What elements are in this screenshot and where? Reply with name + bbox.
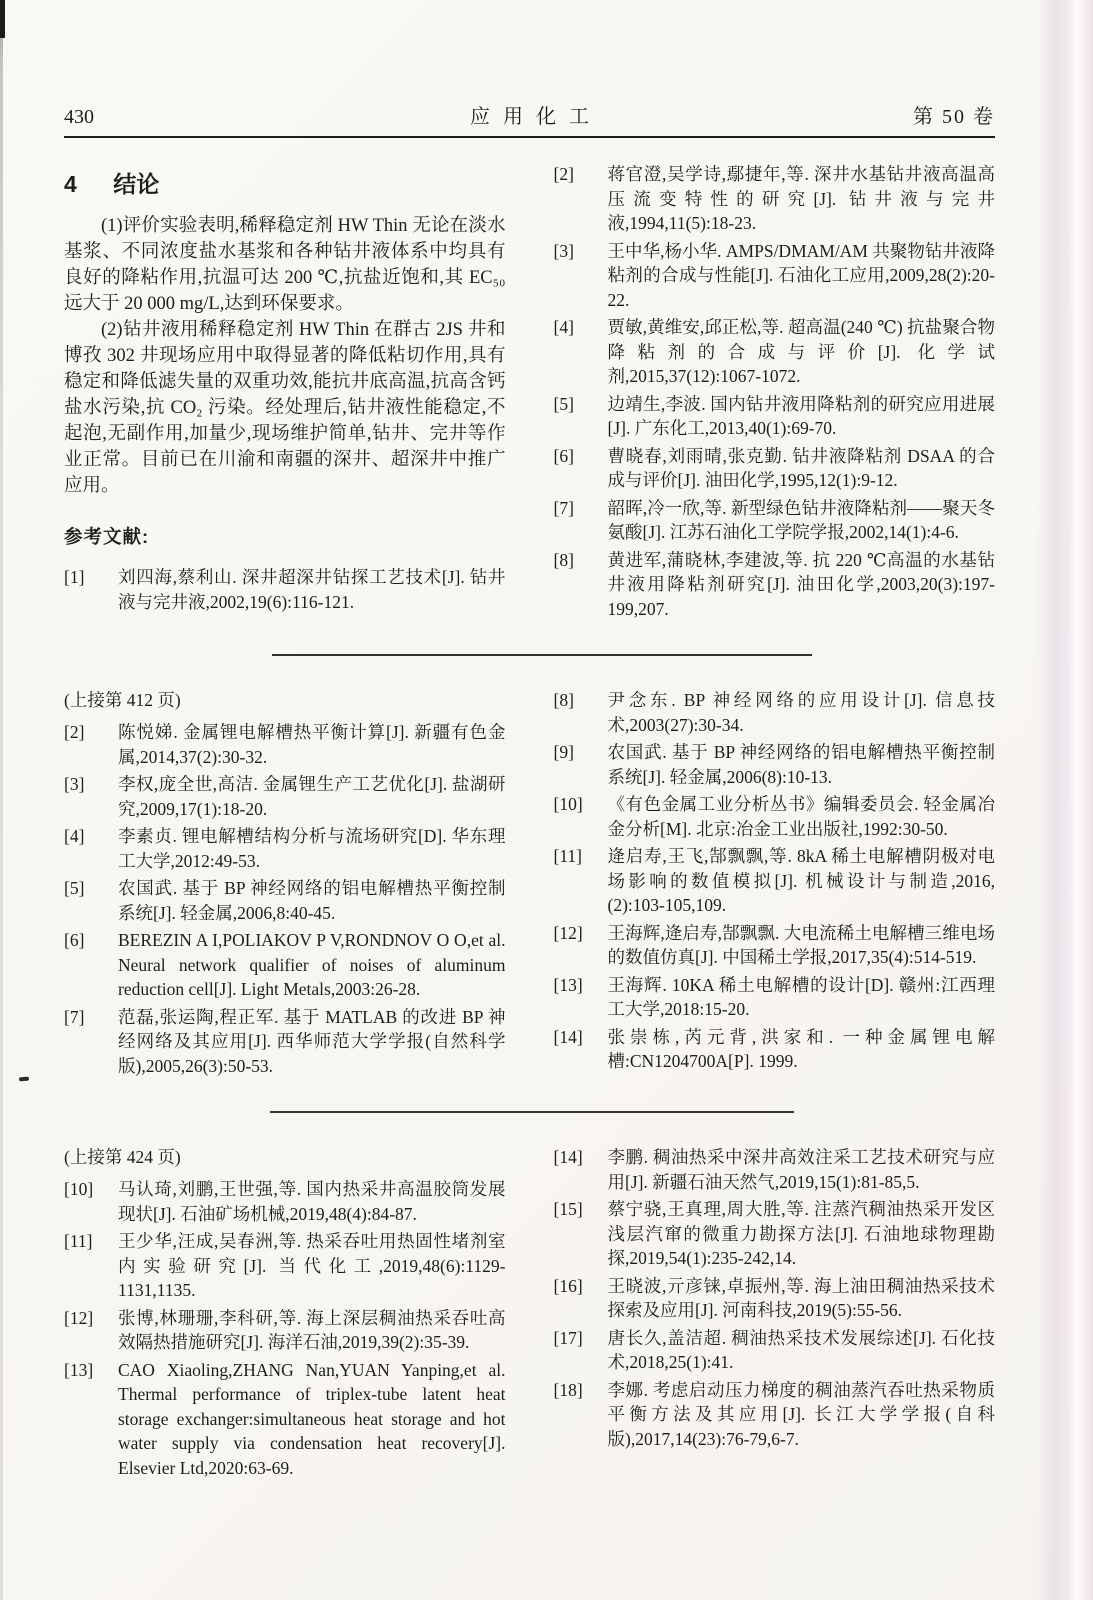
reference-text: 曹晓春,刘雨晴,张克勤. 钻井液降粘剂 DSAA 的合成与评价[J]. 油田化学… bbox=[608, 444, 996, 493]
reference-number: [12] bbox=[554, 921, 608, 970]
reference-item: [8] 尹念东. BP 神经网络的应用设计[J]. 信息技术,2003(27):… bbox=[554, 688, 996, 737]
continuation-note: (上接第 412 页) bbox=[64, 688, 506, 712]
reference-item: [8] 黄进军,蒲晓林,李建波,等. 抗 220 ℃高温的水基钻井液用降粘剂研究… bbox=[554, 548, 996, 622]
reference-item: [11] 逄启寿,王飞,郜飘飘,等. 8kA 稀土电解槽阴极对电场影响的数值模拟… bbox=[554, 844, 996, 918]
reference-text: 逄启寿,王飞,郜飘飘,等. 8kA 稀土电解槽阴极对电场影响的数值模拟[J]. … bbox=[608, 844, 996, 918]
reference-number: [16] bbox=[554, 1274, 608, 1323]
reference-number: [1] bbox=[64, 565, 118, 614]
reference-number: [17] bbox=[554, 1326, 608, 1375]
reference-text: 刘四海,蔡利山. 深井超深井钻探工艺技术[J]. 钻井液与完井液,2002,19… bbox=[118, 565, 506, 614]
reference-number: [2] bbox=[64, 720, 118, 769]
journal-page: 430 应用化工 第 50 卷 4 结论 (1)评价实验表明,稀释稳定剂 HW … bbox=[0, 0, 1093, 1600]
reference-number: [3] bbox=[64, 772, 118, 821]
reference-number: [18] bbox=[554, 1378, 608, 1452]
reference-item: [4] 李素贞. 锂电解槽结构分析与流场研究[D]. 华东理工大学,2012:4… bbox=[64, 824, 506, 873]
conclusion-paragraph: (1)评价实验表明,稀释稳定剂 HW Thin 无论在淡水基浆、不同浓度盐水基浆… bbox=[64, 213, 506, 317]
scan-speck bbox=[19, 1077, 29, 1082]
reference-item: [12] 王海辉,逄启寿,郜飘飘. 大电流稀土电解槽三维电场的数值仿真[J]. … bbox=[554, 921, 996, 970]
reference-number: [4] bbox=[64, 824, 118, 873]
reference-number: [7] bbox=[554, 496, 608, 545]
reference-list-424-right: [14] 李鹏. 稠油热采中深井高效注采工艺技术研究与应用[J]. 新疆石油天然… bbox=[554, 1145, 996, 1451]
reference-item: [18] 李娜. 考虑启动压力梯度的稠油蒸汽吞吐热采物质平衡方法及其应用[J].… bbox=[554, 1378, 996, 1452]
reference-text: 黄进军,蒲晓林,李建波,等. 抗 220 ℃高温的水基钻井液用降粘剂研究[J].… bbox=[608, 548, 996, 622]
scan-corner-mark bbox=[0, 0, 5, 38]
reference-text: 王中华,杨小华. AMPS/DMAM/AM 共聚物钻井液降粘剂的合成与性能[J]… bbox=[608, 239, 996, 313]
reference-item: [5] 农国武. 基于 BP 神经网络的铝电解槽热平衡控制系统[J]. 轻金属,… bbox=[64, 876, 506, 925]
reference-number: [9] bbox=[554, 740, 608, 789]
reference-number: [14] bbox=[554, 1145, 608, 1194]
reference-text: 尹念东. BP 神经网络的应用设计[J]. 信息技术,2003(27):30-3… bbox=[608, 688, 996, 737]
section-conclusion-and-references: 4 结论 (1)评价实验表明,稀释稳定剂 HW Thin 无论在淡水基浆、不同浓… bbox=[64, 162, 995, 624]
section-continued-424: (上接第 424 页) [10] 马认琦,刘鹏,王世强,等. 国内热采井高温胶筒… bbox=[64, 1145, 995, 1483]
reference-number: [6] bbox=[554, 444, 608, 493]
section-divider bbox=[270, 1111, 794, 1113]
reference-item: [3] 王中华,杨小华. AMPS/DMAM/AM 共聚物钻井液降粘剂的合成与性… bbox=[554, 239, 996, 313]
right-column: [14] 李鹏. 稠油热采中深井高效注采工艺技术研究与应用[J]. 新疆石油天然… bbox=[554, 1145, 996, 1454]
reference-item: [15] 蔡宁骁,王真理,周大胜,等. 注蒸汽稠油热采开发区浅层汽窜的微重力勘探… bbox=[554, 1197, 996, 1271]
reference-text: 王海辉,逄启寿,郜飘飘. 大电流稀土电解槽三维电场的数值仿真[J]. 中国稀土学… bbox=[608, 921, 996, 970]
reference-text: 李娜. 考虑启动压力梯度的稠油蒸汽吞吐热采物质平衡方法及其应用[J]. 长江大学… bbox=[608, 1378, 996, 1452]
conclusion-heading: 4 结论 bbox=[64, 166, 506, 199]
continuation-note: (上接第 424 页) bbox=[64, 1145, 506, 1169]
reference-number: [5] bbox=[554, 392, 608, 441]
journal-title: 应用化工 bbox=[154, 100, 905, 129]
reference-number: [11] bbox=[554, 844, 608, 918]
reference-text: 张崇栋,芮元背,洪家和. 一种金属锂电解槽:CN1204700A[P]. 199… bbox=[608, 1025, 996, 1074]
reference-number: [8] bbox=[554, 548, 608, 622]
reference-number: [14] bbox=[554, 1025, 608, 1074]
reference-number: [11] bbox=[64, 1229, 118, 1303]
reference-number: [15] bbox=[554, 1197, 608, 1271]
reference-text: 李鹏. 稠油热采中深井高效注采工艺技术研究与应用[J]. 新疆石油天然气,201… bbox=[608, 1145, 996, 1194]
conclusion-paragraphs: (1)评价实验表明,稀释稳定剂 HW Thin 无论在淡水基浆、不同浓度盐水基浆… bbox=[64, 213, 506, 499]
section-divider bbox=[272, 654, 812, 656]
reference-item: [3] 李权,庞全世,高洁. 金属锂生产工艺优化[J]. 盐湖研究,2009,1… bbox=[64, 772, 506, 821]
reference-number: [6] bbox=[64, 928, 118, 1002]
scan-edge-right bbox=[1037, 0, 1093, 1600]
reference-number: [8] bbox=[554, 688, 608, 737]
reference-number: [12] bbox=[64, 1306, 118, 1355]
right-column: [8] 尹念东. BP 神经网络的应用设计[J]. 信息技术,2003(27):… bbox=[554, 688, 996, 1077]
reference-item: [16] 王晓波,亓彦铼,卓振州,等. 海上油田稠油热采技术探索及应用[J]. … bbox=[554, 1274, 996, 1323]
volume-label: 第 50 卷 bbox=[905, 100, 995, 129]
reference-item: [4] 贾敏,黄维安,邱正松,等. 超高温(240 ℃) 抗盐聚合物降粘剂的合成… bbox=[554, 315, 996, 389]
reference-item: [10] 《有色金属工业分析丛书》编辑委员会. 轻金属冶金分析[M]. 北京:冶… bbox=[554, 792, 996, 841]
reference-text: 王海辉. 10KA 稀土电解槽的设计[D]. 赣州:江西理工大学,2018:15… bbox=[608, 973, 996, 1022]
reference-item: [13] 王海辉. 10KA 稀土电解槽的设计[D]. 赣州:江西理工大学,20… bbox=[554, 973, 996, 1022]
scan-edge-left bbox=[0, 0, 3, 1600]
reference-text: BEREZIN A I,POLIAKOV P V,RONDNOV O O,et … bbox=[118, 928, 506, 1002]
reference-text: 张博,林珊珊,李科研,等. 海上深层稠油热采吞吐高效隔热措施研究[J]. 海洋石… bbox=[118, 1306, 506, 1355]
reference-text: 李权,庞全世,高洁. 金属锂生产工艺优化[J]. 盐湖研究,2009,17(1)… bbox=[118, 772, 506, 821]
reference-item: [1] 刘四海,蔡利山. 深井超深井钻探工艺技术[J]. 钻井液与完井液,200… bbox=[64, 565, 506, 614]
reference-item: [11] 王少华,汪成,吴春洲,等. 热采吞吐用热固性堵剂室内实验研究[J]. … bbox=[64, 1229, 506, 1303]
reference-number: [3] bbox=[554, 239, 608, 313]
reference-number: [13] bbox=[554, 973, 608, 1022]
reference-number: [10] bbox=[64, 1177, 118, 1226]
reference-item: [7] 韶晖,冷一欣,等. 新型绿色钻井液降粘剂——聚天冬氨酸[J]. 江苏石油… bbox=[554, 496, 996, 545]
references-heading: 参考文献: bbox=[64, 523, 506, 549]
reference-list-main-right: [2] 蒋官澄,吴学诗,鄢捷年,等. 深井水基钻井液高温高压流变特性的研究[J]… bbox=[554, 162, 996, 621]
reference-text: 《有色金属工业分析丛书》编辑委员会. 轻金属冶金分析[M]. 北京:冶金工业出版… bbox=[608, 792, 996, 841]
reference-item: [10] 马认琦,刘鹏,王世强,等. 国内热采井高温胶筒发展现状[J]. 石油矿… bbox=[64, 1177, 506, 1226]
reference-item: [12] 张博,林珊珊,李科研,等. 海上深层稠油热采吞吐高效隔热措施研究[J]… bbox=[64, 1306, 506, 1355]
reference-item: [13] CAO Xiaoling,ZHANG Nan,YUAN Yanping… bbox=[64, 1358, 506, 1481]
page-header: 430 应用化工 第 50 卷 bbox=[64, 100, 995, 138]
reference-text: 农国武. 基于 BP 神经网络的铝电解槽热平衡控制系统[J]. 轻金属,2006… bbox=[118, 876, 506, 925]
reference-number: [5] bbox=[64, 876, 118, 925]
reference-text: 蔡宁骁,王真理,周大胜,等. 注蒸汽稠油热采开发区浅层汽窜的微重力勘探方法[J]… bbox=[608, 1197, 996, 1271]
conclusion-paragraph: (2)钻井液用稀释稳定剂 HW Thin 在群古 2JS 井和博孜 302 井现… bbox=[64, 317, 506, 499]
reference-item: [17] 唐长久,盖洁超. 稠油热采技术发展综述[J]. 石化技术,2018,2… bbox=[554, 1326, 996, 1375]
reference-text: 王少华,汪成,吴春洲,等. 热采吞吐用热固性堵剂室内实验研究[J]. 当代化工,… bbox=[118, 1229, 506, 1303]
reference-text: 范磊,张运陶,程正军. 基于 MATLAB 的改进 BP 神经网络及其应用[J]… bbox=[118, 1005, 506, 1079]
reference-item: [7] 范磊,张运陶,程正军. 基于 MATLAB 的改进 BP 神经网络及其应… bbox=[64, 1005, 506, 1079]
left-column: (上接第 424 页) [10] 马认琦,刘鹏,王世强,等. 国内热采井高温胶筒… bbox=[64, 1145, 506, 1483]
reference-number: [4] bbox=[554, 315, 608, 389]
reference-item: [14] 李鹏. 稠油热采中深井高效注采工艺技术研究与应用[J]. 新疆石油天然… bbox=[554, 1145, 996, 1194]
reference-text: 李素贞. 锂电解槽结构分析与流场研究[D]. 华东理工大学,2012:49-53… bbox=[118, 824, 506, 873]
right-column: [2] 蒋官澄,吴学诗,鄢捷年,等. 深井水基钻井液高温高压流变特性的研究[J]… bbox=[554, 162, 996, 624]
reference-item: [5] 边靖生,李波. 国内钻井液用降粘剂的研究应用进展[J]. 广东化工,20… bbox=[554, 392, 996, 441]
reference-item: [9] 农国武. 基于 BP 神经网络的铝电解槽热平衡控制系统[J]. 轻金属,… bbox=[554, 740, 996, 789]
reference-list-main-left: [1] 刘四海,蔡利山. 深井超深井钻探工艺技术[J]. 钻井液与完井液,200… bbox=[64, 565, 506, 614]
reference-text: 韶晖,冷一欣,等. 新型绿色钻井液降粘剂——聚天冬氨酸[J]. 江苏石油化工学院… bbox=[608, 496, 996, 545]
reference-item: [14] 张崇栋,芮元背,洪家和. 一种金属锂电解槽:CN1204700A[P]… bbox=[554, 1025, 996, 1074]
reference-text: 贾敏,黄维安,邱正松,等. 超高温(240 ℃) 抗盐聚合物降粘剂的合成与评价[… bbox=[608, 315, 996, 389]
reference-number: [7] bbox=[64, 1005, 118, 1079]
reference-item: [6] 曹晓春,刘雨晴,张克勤. 钻井液降粘剂 DSAA 的合成与评价[J]. … bbox=[554, 444, 996, 493]
left-column: (上接第 412 页) [2] 陈悦娣. 金属锂电解槽热平衡计算[J]. 新疆有… bbox=[64, 688, 506, 1081]
reference-list-424-left: [10] 马认琦,刘鹏,王世强,等. 国内热采井高温胶筒发展现状[J]. 石油矿… bbox=[64, 1177, 506, 1480]
reference-text: 王晓波,亓彦铼,卓振州,等. 海上油田稠油热采技术探索及应用[J]. 河南科技,… bbox=[608, 1274, 996, 1323]
reference-text: 马认琦,刘鹏,王世强,等. 国内热采井高温胶筒发展现状[J]. 石油矿场机械,2… bbox=[118, 1177, 506, 1226]
left-column: 4 结论 (1)评价实验表明,稀释稳定剂 HW Thin 无论在淡水基浆、不同浓… bbox=[64, 162, 506, 617]
reference-item: [2] 陈悦娣. 金属锂电解槽热平衡计算[J]. 新疆有色金属,2014,37(… bbox=[64, 720, 506, 769]
conclusion-section-number: 4 bbox=[64, 171, 77, 197]
conclusion-section-title: 结论 bbox=[113, 171, 159, 197]
reference-text: 边靖生,李波. 国内钻井液用降粘剂的研究应用进展[J]. 广东化工,2013,4… bbox=[608, 392, 996, 441]
reference-text: 陈悦娣. 金属锂电解槽热平衡计算[J]. 新疆有色金属,2014,37(2):3… bbox=[118, 720, 506, 769]
reference-number: [13] bbox=[64, 1358, 118, 1481]
reference-text: 农国武. 基于 BP 神经网络的铝电解槽热平衡控制系统[J]. 轻金属,2006… bbox=[608, 740, 996, 789]
reference-number: [2] bbox=[554, 162, 608, 236]
reference-text: 蒋官澄,吴学诗,鄢捷年,等. 深井水基钻井液高温高压流变特性的研究[J]. 钻井… bbox=[608, 162, 996, 236]
reference-text: CAO Xiaoling,ZHANG Nan,YUAN Yanping,et a… bbox=[118, 1358, 506, 1481]
reference-text: 唐长久,盖洁超. 稠油热采技术发展综述[J]. 石化技术,2018,25(1):… bbox=[608, 1326, 996, 1375]
reference-item: [6] BEREZIN A I,POLIAKOV P V,RONDNOV O O… bbox=[64, 928, 506, 1002]
section-continued-412: (上接第 412 页) [2] 陈悦娣. 金属锂电解槽热平衡计算[J]. 新疆有… bbox=[64, 688, 995, 1081]
reference-list-412-left: [2] 陈悦娣. 金属锂电解槽热平衡计算[J]. 新疆有色金属,2014,37(… bbox=[64, 720, 506, 1078]
reference-item: [2] 蒋官澄,吴学诗,鄢捷年,等. 深井水基钻井液高温高压流变特性的研究[J]… bbox=[554, 162, 996, 236]
reference-number: [10] bbox=[554, 792, 608, 841]
reference-list-412-right: [8] 尹念东. BP 神经网络的应用设计[J]. 信息技术,2003(27):… bbox=[554, 688, 996, 1074]
page-number: 430 bbox=[64, 106, 154, 129]
